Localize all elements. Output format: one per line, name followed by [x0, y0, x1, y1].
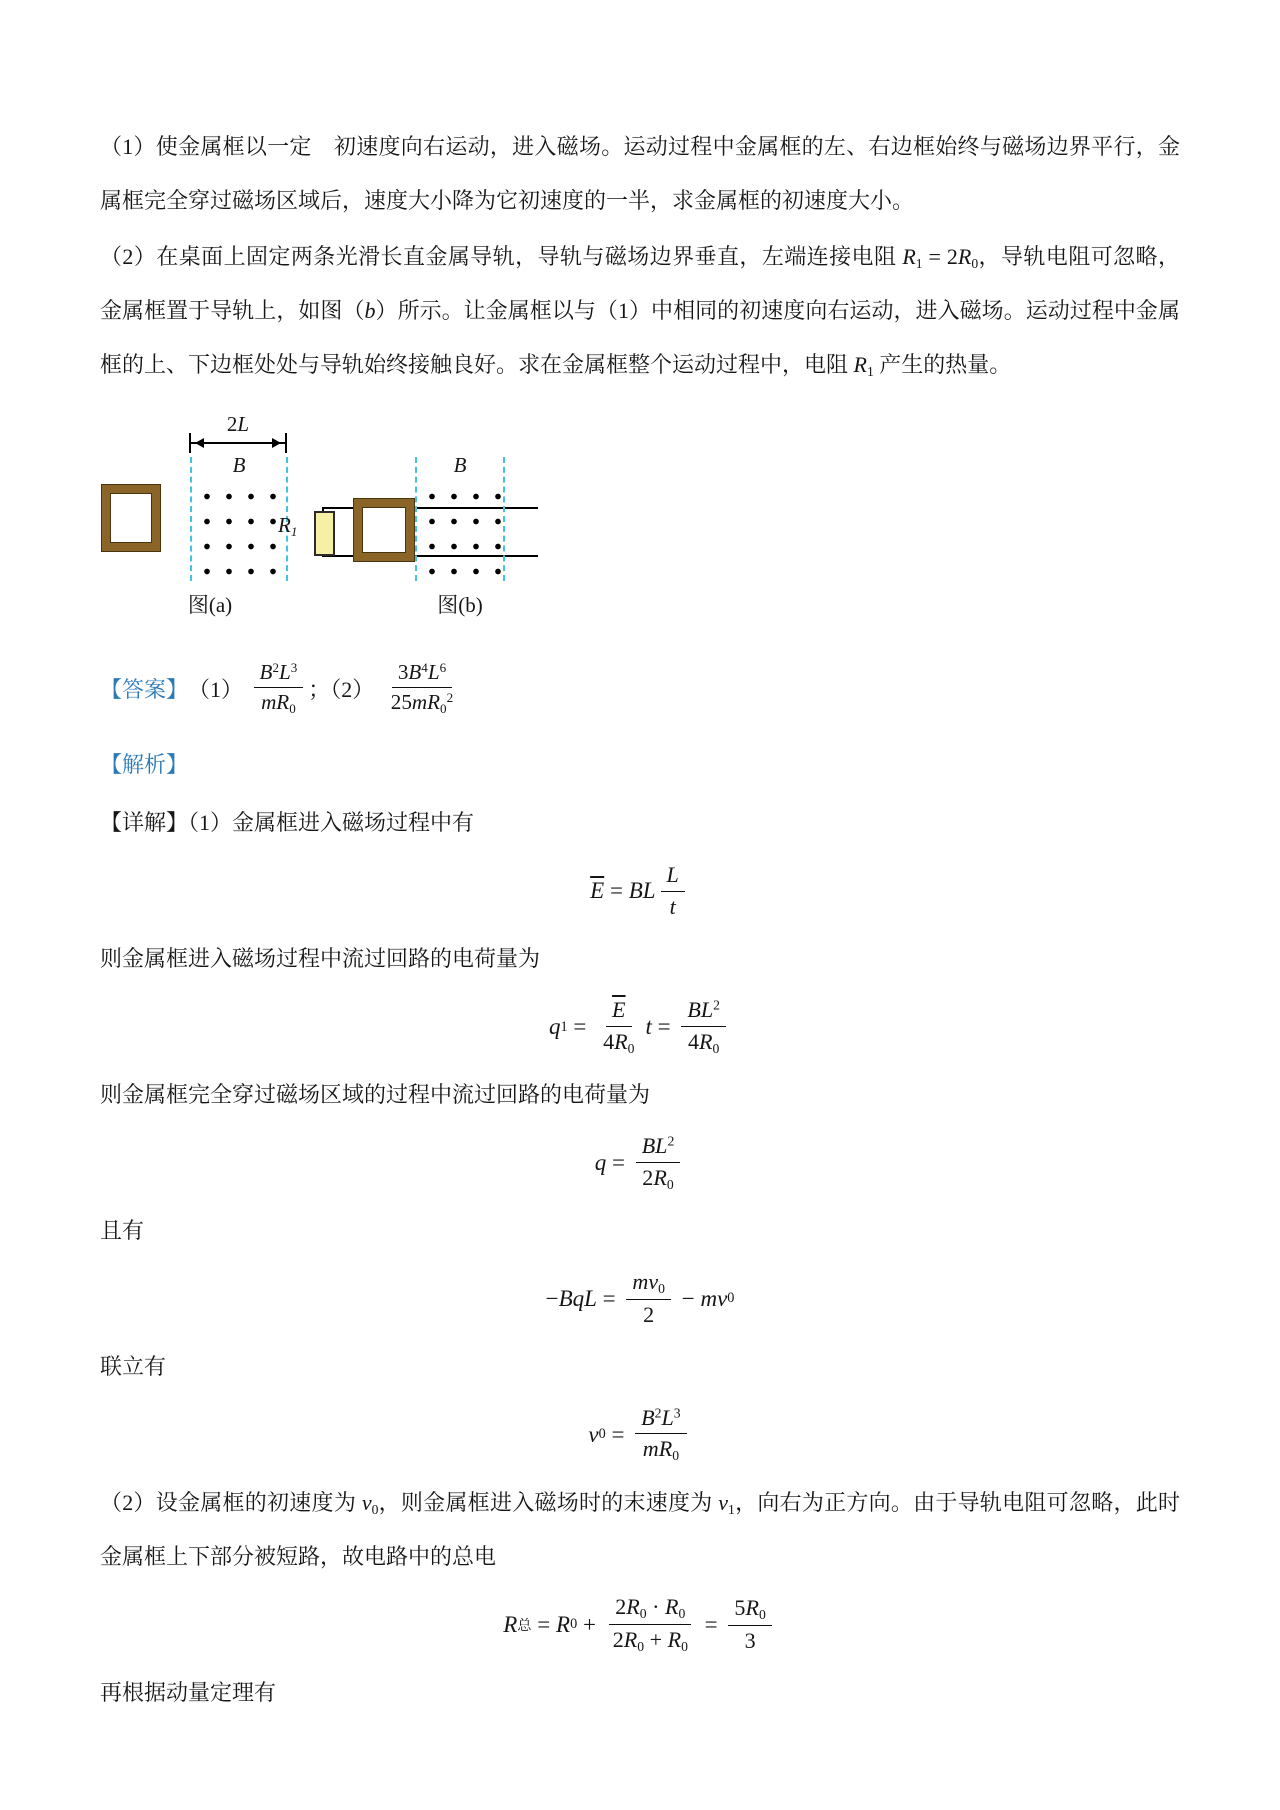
- problem-part1-text: （1）使金属框以一定 初速度向右运动，进入磁场。运动过程中金属框的左、右边框始终…: [100, 120, 1180, 228]
- formula-v0: v0 = B2L3mR0: [100, 1396, 1180, 1474]
- solution-intro: 【详解】（1）金属框进入磁场过程中有: [100, 796, 1180, 850]
- field-label-a: B: [233, 453, 246, 478]
- metal-frame-b: [354, 499, 414, 561]
- formula-q1: q1 = E4R0t = BL24R0: [100, 988, 1180, 1066]
- resistor-label: R1: [278, 513, 297, 540]
- metal-frame-a: [102, 485, 160, 551]
- dimension-label: 2L: [206, 412, 270, 437]
- field-dots-b: [419, 481, 501, 581]
- solution-text-5: 联立有: [100, 1340, 1180, 1394]
- formula-momentum: −BqL = mv02 − mv0: [100, 1260, 1180, 1338]
- solution-text-2: 则金属框进入磁场过程中流过回路的电荷量为: [100, 932, 1180, 986]
- solution-text-6: 再根据动量定理有: [100, 1666, 1180, 1720]
- field-label-b: B: [454, 453, 467, 478]
- formula-total-resistance: R总 = R0 + 2R0 · R02R0 + R0 = 5R03: [100, 1586, 1180, 1664]
- field-dots-a: [194, 481, 284, 581]
- analysis-tag: 【解析】: [100, 752, 188, 777]
- magnetic-field-region-a: B: [190, 457, 288, 581]
- answer-tag: 【答案】: [100, 673, 188, 704]
- problem-part2-text: （2）在桌面上固定两条光滑长直金属导轨，导轨与磁场边界垂直，左端连接电阻 R1 …: [100, 230, 1180, 392]
- formula-emf: E = BLLt: [100, 852, 1180, 930]
- solution-part2-text: （2）设金属框的初速度为 v0，则金属框进入磁场时的末速度为 v1，向右为正方向…: [100, 1476, 1180, 1584]
- dimension-arrow: [191, 442, 285, 444]
- figure-caption-b: 图(b): [400, 589, 520, 619]
- answer-line: 【答案】 （1） B2L3mR0；（2） 3B4L625mR02: [100, 642, 1180, 734]
- document-page: （1）使金属框以一定 初速度向右运动，进入磁场。运动过程中金属框的左、右边框始终…: [100, 0, 1180, 1719]
- figure: 2L B R1 B 图(a) 图(b): [100, 421, 1180, 626]
- analysis-line: 【解析】: [100, 738, 1180, 792]
- formula-q: q = BL22R0: [100, 1124, 1180, 1202]
- resistor: [314, 511, 335, 556]
- dimension-tick-right: [285, 433, 287, 453]
- solution-text-4: 且有: [100, 1204, 1180, 1258]
- solution-text-3: 则金属框完全穿过磁场区域的过程中流过回路的电荷量为: [100, 1068, 1180, 1122]
- dimension-tick-left: [189, 433, 191, 453]
- answer-formulas: （1） B2L3mR0；（2） 3B4L625mR02: [188, 660, 464, 717]
- magnetic-field-region-b: B: [415, 457, 505, 581]
- figure-caption-a: 图(a): [150, 589, 270, 619]
